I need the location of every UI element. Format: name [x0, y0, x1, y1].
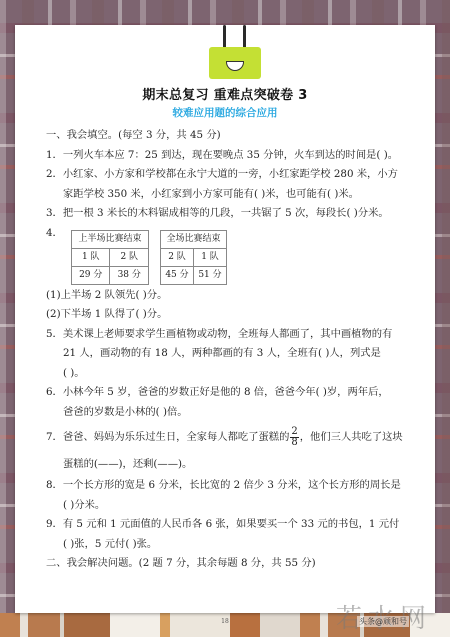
fraction-two-eighths: 28	[290, 427, 298, 448]
question-1: 1．一列火车本应 7：25 到达，现在要晚点 35 分钟，火车到达的时间是( )…	[46, 146, 426, 166]
table-cell: 38 分	[110, 266, 149, 284]
question-4-label: 4．	[46, 224, 63, 243]
question-3: 3．把一根 3 米长的木料锯成相等的几段，一共锯了 5 次，每段长( )分米。	[46, 204, 426, 224]
question-5-line-1: 5．美术课上老师要求学生画植物或动物，全班每人都画了，其中画植物的有	[46, 325, 426, 345]
full-game-score-table: 全场比赛结束 2 队 1 队 45 分 51 分	[160, 230, 227, 285]
table-cell: 1 队	[72, 248, 110, 266]
question-7-line-1: 7．爸爸、妈妈为乐乐过生日，全家每人都吃了蛋糕的28，他们三人共吃了这块	[46, 422, 426, 449]
table-cell: 29 分	[72, 266, 110, 284]
question-9-line-2: ( )张，5 元付( )张。	[46, 535, 426, 555]
question-2-line-2: 家距学校 350 米，小红家到小方家可能有( )米，也可能有( )米。	[46, 185, 426, 205]
watermark-author: 头条@顽和号	[357, 616, 409, 627]
question-7-text-before: 7．爸爸、妈妈为乐乐过生日，全家每人都吃了蛋糕的	[46, 431, 289, 443]
table-header: 全场比赛结束	[161, 230, 227, 248]
fraction-numerator: 2	[290, 427, 298, 438]
question-9-line-1: 9．有 5 元和 1 元面值的人民币各 6 张，如果要买一个 33 元的书包，1…	[46, 515, 426, 535]
first-half-score-table: 上半场比赛结束 1 队 2 队 29 分 38 分	[71, 230, 149, 285]
question-7-text-after: ，他们三人共吃了这块	[300, 431, 403, 443]
binder-clip-icon	[209, 25, 261, 79]
table-cell: 45 分	[161, 266, 194, 284]
question-2-line-1: 2．小红家、小方家和学校都在永宁大道的一旁，小红家距学校 280 米，小方	[46, 165, 426, 185]
question-6-line-1: 6．小林今年 5 岁，爸爸的岁数正好是他的 8 倍，爸爸今年( )岁，两年后，	[46, 383, 426, 403]
section-heading-2: 二、我会解决问题。(2 题 7 分，其余每题 8 分，共 55 分)	[46, 554, 426, 574]
fraction-denominator: 8	[290, 438, 298, 448]
question-6-line-2: 爸爸的岁数是小林的( )倍。	[46, 403, 426, 423]
question-4: 4． 上半场比赛结束 1 队 2 队 29 分 38 分 全场比赛结束 2 队 …	[46, 224, 426, 286]
page-title: 期末总复习 重难点突破卷 3	[15, 84, 435, 103]
table-cell: 51 分	[194, 266, 227, 284]
question-8-line-2: ( )分米。	[46, 496, 426, 516]
table-header: 上半场比赛结束	[72, 230, 149, 248]
worksheet-page: 期末总复习 重难点突破卷 3 较难应用题的综合应用 一、我会填空。(每空 3 分…	[15, 25, 435, 613]
table-cell: 2 队	[110, 248, 149, 266]
table-cell: 1 队	[194, 248, 227, 266]
question-4-sub-1: (1)上半场 2 队领先( )分。	[46, 286, 426, 306]
section-heading-1: 一、我会填空。(每空 3 分，共 45 分)	[46, 126, 426, 146]
question-5-line-3: ( )。	[46, 364, 426, 384]
page-subtitle: 较难应用题的综合应用	[15, 105, 435, 120]
questions-content: 一、我会填空。(每空 3 分，共 45 分) 1．一列火车本应 7：25 到达，…	[46, 126, 426, 574]
table-cell: 2 队	[161, 248, 194, 266]
question-7-line-2: 蛋糕的(——)，还剩(——)。	[46, 449, 426, 476]
question-5-line-2: 21 人，画动物的有 18 人，两种都画的有 3 人，全班有( )人，列式是	[46, 344, 426, 364]
question-4-sub-2: (2)下半场 1 队得了( )分。	[46, 305, 426, 325]
question-8-line-1: 8．一个长方形的宽是 6 分米，长比宽的 2 倍少 3 分米，这个长方形的周长是	[46, 476, 426, 496]
